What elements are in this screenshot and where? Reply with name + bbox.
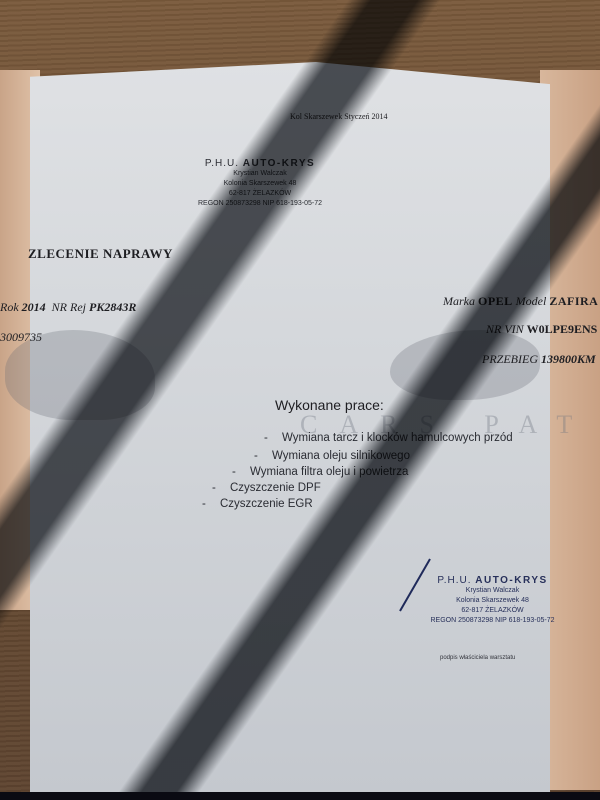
work-item: Wymiana tarcz i klocków hamulcowych przó… — [282, 432, 513, 444]
stamp-owner: Krystian Walczak — [185, 169, 335, 179]
stamp-postal-city: 62-817 ŻELAZKÓW — [410, 606, 575, 616]
stamp-company: P.H.U. AUTO-KRYS — [410, 575, 575, 586]
footer-stamp: P.H.U. AUTO-KRYS Krystian Walczak Koloni… — [410, 575, 575, 626]
vehicle-mileage: PRZEBIEG 139800KM — [482, 352, 596, 367]
work-item: Wymiana filtra oleju i powietrza — [250, 466, 408, 478]
work-item: Wymiana oleju silnikowego — [272, 450, 410, 462]
vehicle-make-model: Marka OPEL Model ZAFIRA — [443, 294, 598, 309]
stamp-address: Kolonia Skarszewek 48 — [410, 596, 575, 606]
vehicle-year-reg: Rok 2014 NR Rej PK2843R — [0, 300, 136, 315]
place-date: Kol Skarszewek Styczeń 2014 — [290, 112, 388, 121]
works-heading: Wykonane prace: — [275, 397, 384, 413]
image-bottom-edge — [0, 792, 600, 800]
signature-caption: podpis właściciela warsztatu — [440, 655, 515, 661]
stamp-address: Kolonia Skarszewek 48 — [185, 179, 335, 189]
stamp-owner: Krystian Walczak — [410, 586, 575, 596]
header-stamp: P.H.U. AUTO-KRYS Krystian Walczak Koloni… — [185, 158, 335, 209]
document-title: ZLECENIE NAPRAWY — [28, 246, 173, 262]
vehicle-vin: NR VIN W0LPE9ENS — [486, 322, 597, 337]
stamp-ids: REGON 250873298 NIP 618-193-05-72 — [410, 616, 575, 626]
work-item: Czyszczenie DPF — [230, 482, 321, 494]
work-item: Czyszczenie EGR — [220, 498, 313, 510]
stamp-company: P.H.U. AUTO-KRYS — [185, 158, 335, 169]
vin-tail: 3009735 — [0, 330, 42, 345]
stamp-postal-city: 62-817 ŻELAZKÓW — [185, 189, 335, 199]
stamp-ids: REGON 250873298 NIP 618-193-05-72 — [185, 199, 335, 209]
